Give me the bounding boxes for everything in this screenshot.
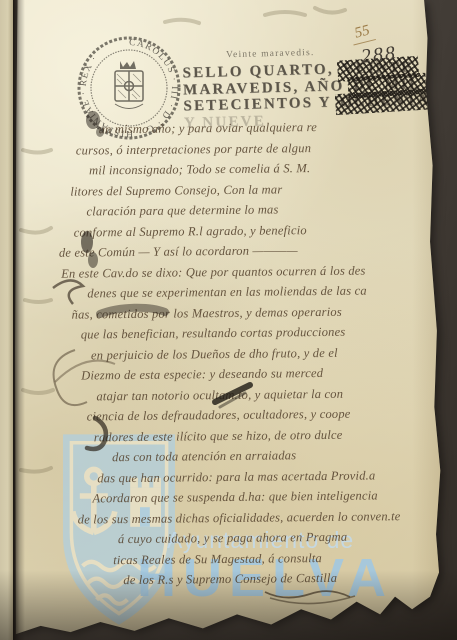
binding-gutter: [13, 0, 25, 640]
page-number-ink: 288: [360, 42, 398, 69]
manuscript-line: de los sus mesmas dichas oficialidades, …: [78, 505, 437, 529]
manuscript-page: Ayuntamiento de HUELVA CAROLUS · III · D…: [15, 0, 442, 636]
page-wrapper: Ayuntamiento de HUELVA CAROLUS · III · D…: [0, 0, 457, 640]
folio-number-pencil: 55: [349, 22, 376, 46]
manuscript-line: de los R.s y Supremo Consejo de Castilla: [123, 567, 437, 591]
crowned-coat-of-arms-icon: [115, 61, 143, 109]
photo-background: Ayuntamiento de HUELVA CAROLUS · III · D…: [0, 0, 457, 640]
handwritten-text-block: un mismo año; y para oviar qualquiera re…: [13, 116, 438, 592]
